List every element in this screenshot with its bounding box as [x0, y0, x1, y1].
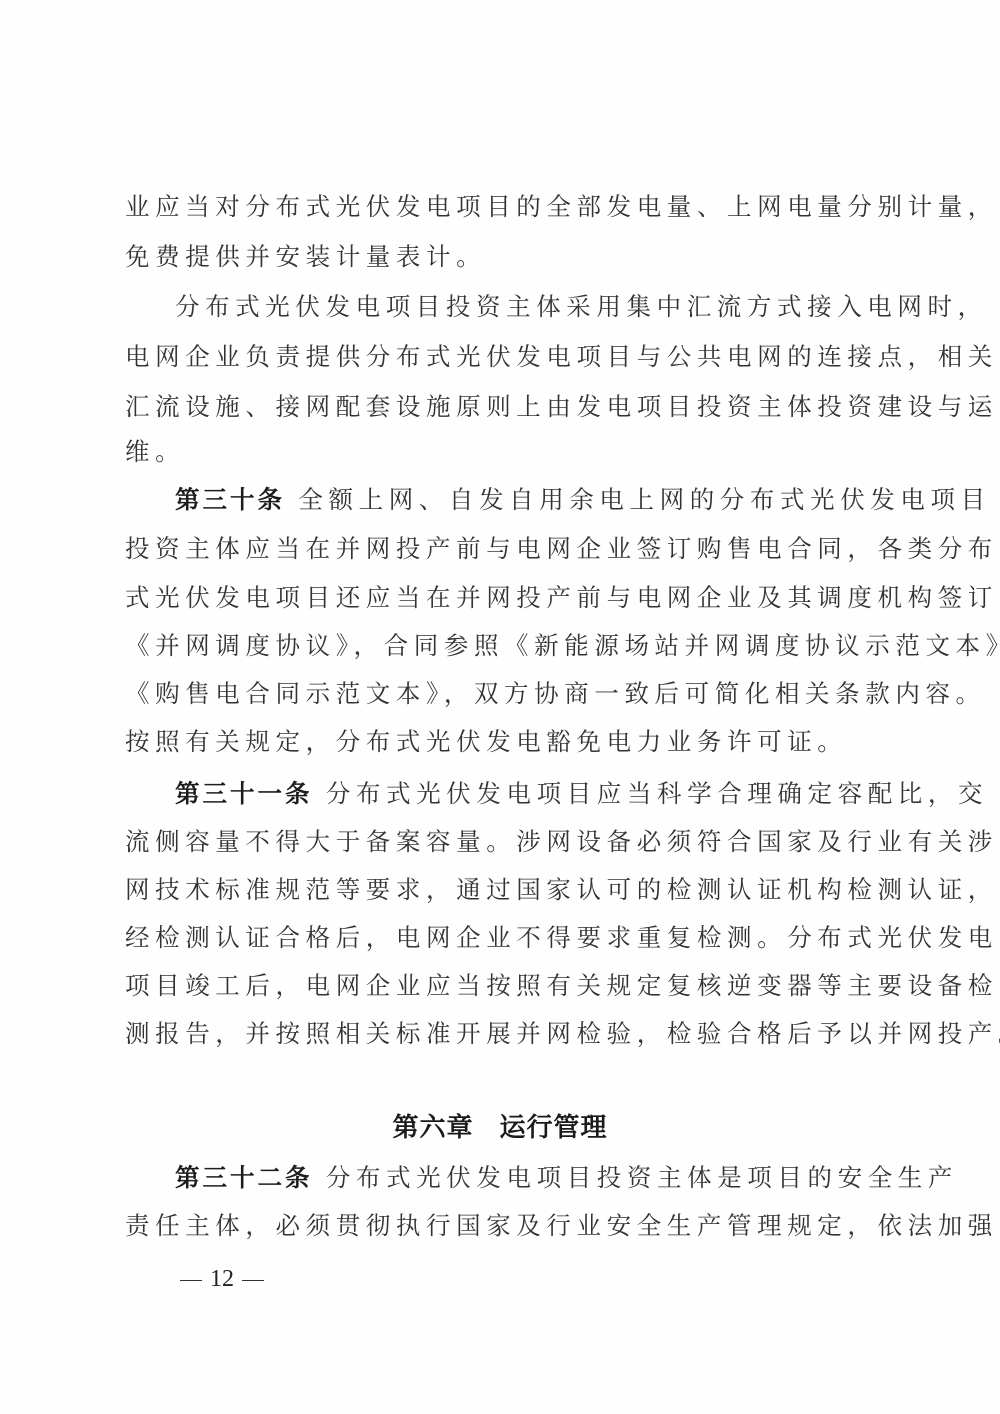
- paragraph-line: 式光伏发电项目还应当在并网投产前与电网企业及其调度机构签订: [125, 578, 870, 618]
- chapter-heading: 第六章运行管理: [0, 1108, 1000, 1148]
- paragraph-line: 《购售电合同示范文本》，双方协商一致后可简化相关条款内容。: [125, 674, 870, 714]
- dash-right: [242, 1280, 264, 1282]
- paragraph-line: 汇流设施、接网配套设施原则上由发电项目投资主体投资建设与运: [125, 387, 870, 427]
- paragraph-line: 《并网调度协议》，合同参照《新能源场站并网调度协议示范文本》: [125, 626, 870, 666]
- paragraph-line: 电网企业负责提供分布式光伏发电项目与公共电网的连接点，相关: [125, 337, 870, 377]
- article-31-heading: 第三十一条: [175, 779, 313, 808]
- page-number-value: 12: [210, 1266, 234, 1292]
- paragraph-line: 免费提供并安装计量表计。: [125, 237, 870, 277]
- page-number: 12: [172, 1264, 272, 1294]
- paragraph-line: 分布式光伏发电项目投资主体采用集中汇流方式接入电网时，: [175, 287, 870, 327]
- article-30-heading: 第三十条: [175, 485, 285, 514]
- chapter-number: 第六章: [392, 1113, 473, 1143]
- paragraph-line: 经检测认证合格后，电网企业不得要求重复检测。分布式光伏发电: [125, 918, 870, 958]
- paragraph-line: 网技术标准规范等要求，通过国家认可的检测认证机构检测认证，: [125, 870, 870, 910]
- paragraph-line: 责任主体，必须贯彻执行国家及行业安全生产管理规定，依法加强: [125, 1206, 870, 1246]
- paragraph-line: 流侧容量不得大于备案容量。涉网设备必须符合国家及行业有关涉: [125, 822, 870, 862]
- paragraph-line: 按照有关规定，分布式光伏发电豁免电力业务许可证。: [125, 722, 870, 762]
- article-32-text: 分布式光伏发电项目投资主体是项目的安全生产: [326, 1163, 958, 1192]
- paragraph-line: 业应当对分布式光伏发电项目的全部发电量、上网电量分别计量，: [125, 187, 870, 227]
- article-30-text: 全额上网、自发自用余电上网的分布式光伏发电项目: [298, 485, 990, 514]
- dash-left: [180, 1280, 202, 1282]
- article-32-heading: 第三十二条: [175, 1163, 313, 1192]
- document-page: 业应当对分布式光伏发电项目的全部发电量、上网电量分别计量， 免费提供并安装计量表…: [0, 0, 1000, 1414]
- paragraph-line: 项目竣工后，电网企业应当按照有关规定复核逆变器等主要设备检: [125, 966, 870, 1006]
- article-31-first-line: 第三十一条 分布式光伏发电项目应当科学合理确定容配比，交: [175, 774, 870, 814]
- article-30-first-line: 第三十条 全额上网、自发自用余电上网的分布式光伏发电项目: [175, 480, 870, 520]
- article-32-first-line: 第三十二条 分布式光伏发电项目投资主体是项目的安全生产: [175, 1158, 870, 1198]
- article-31-text: 分布式光伏发电项目应当科学合理确定容配比，交: [326, 779, 988, 808]
- chapter-title: 运行管理: [500, 1113, 608, 1143]
- paragraph-line: 测报告，并按照相关标准开展并网检验，检验合格后予以并网投产。: [125, 1014, 870, 1054]
- paragraph-line: 投资主体应当在并网投产前与电网企业签订购售电合同，各类分布: [125, 529, 870, 569]
- paragraph-line: 维。: [125, 432, 870, 472]
